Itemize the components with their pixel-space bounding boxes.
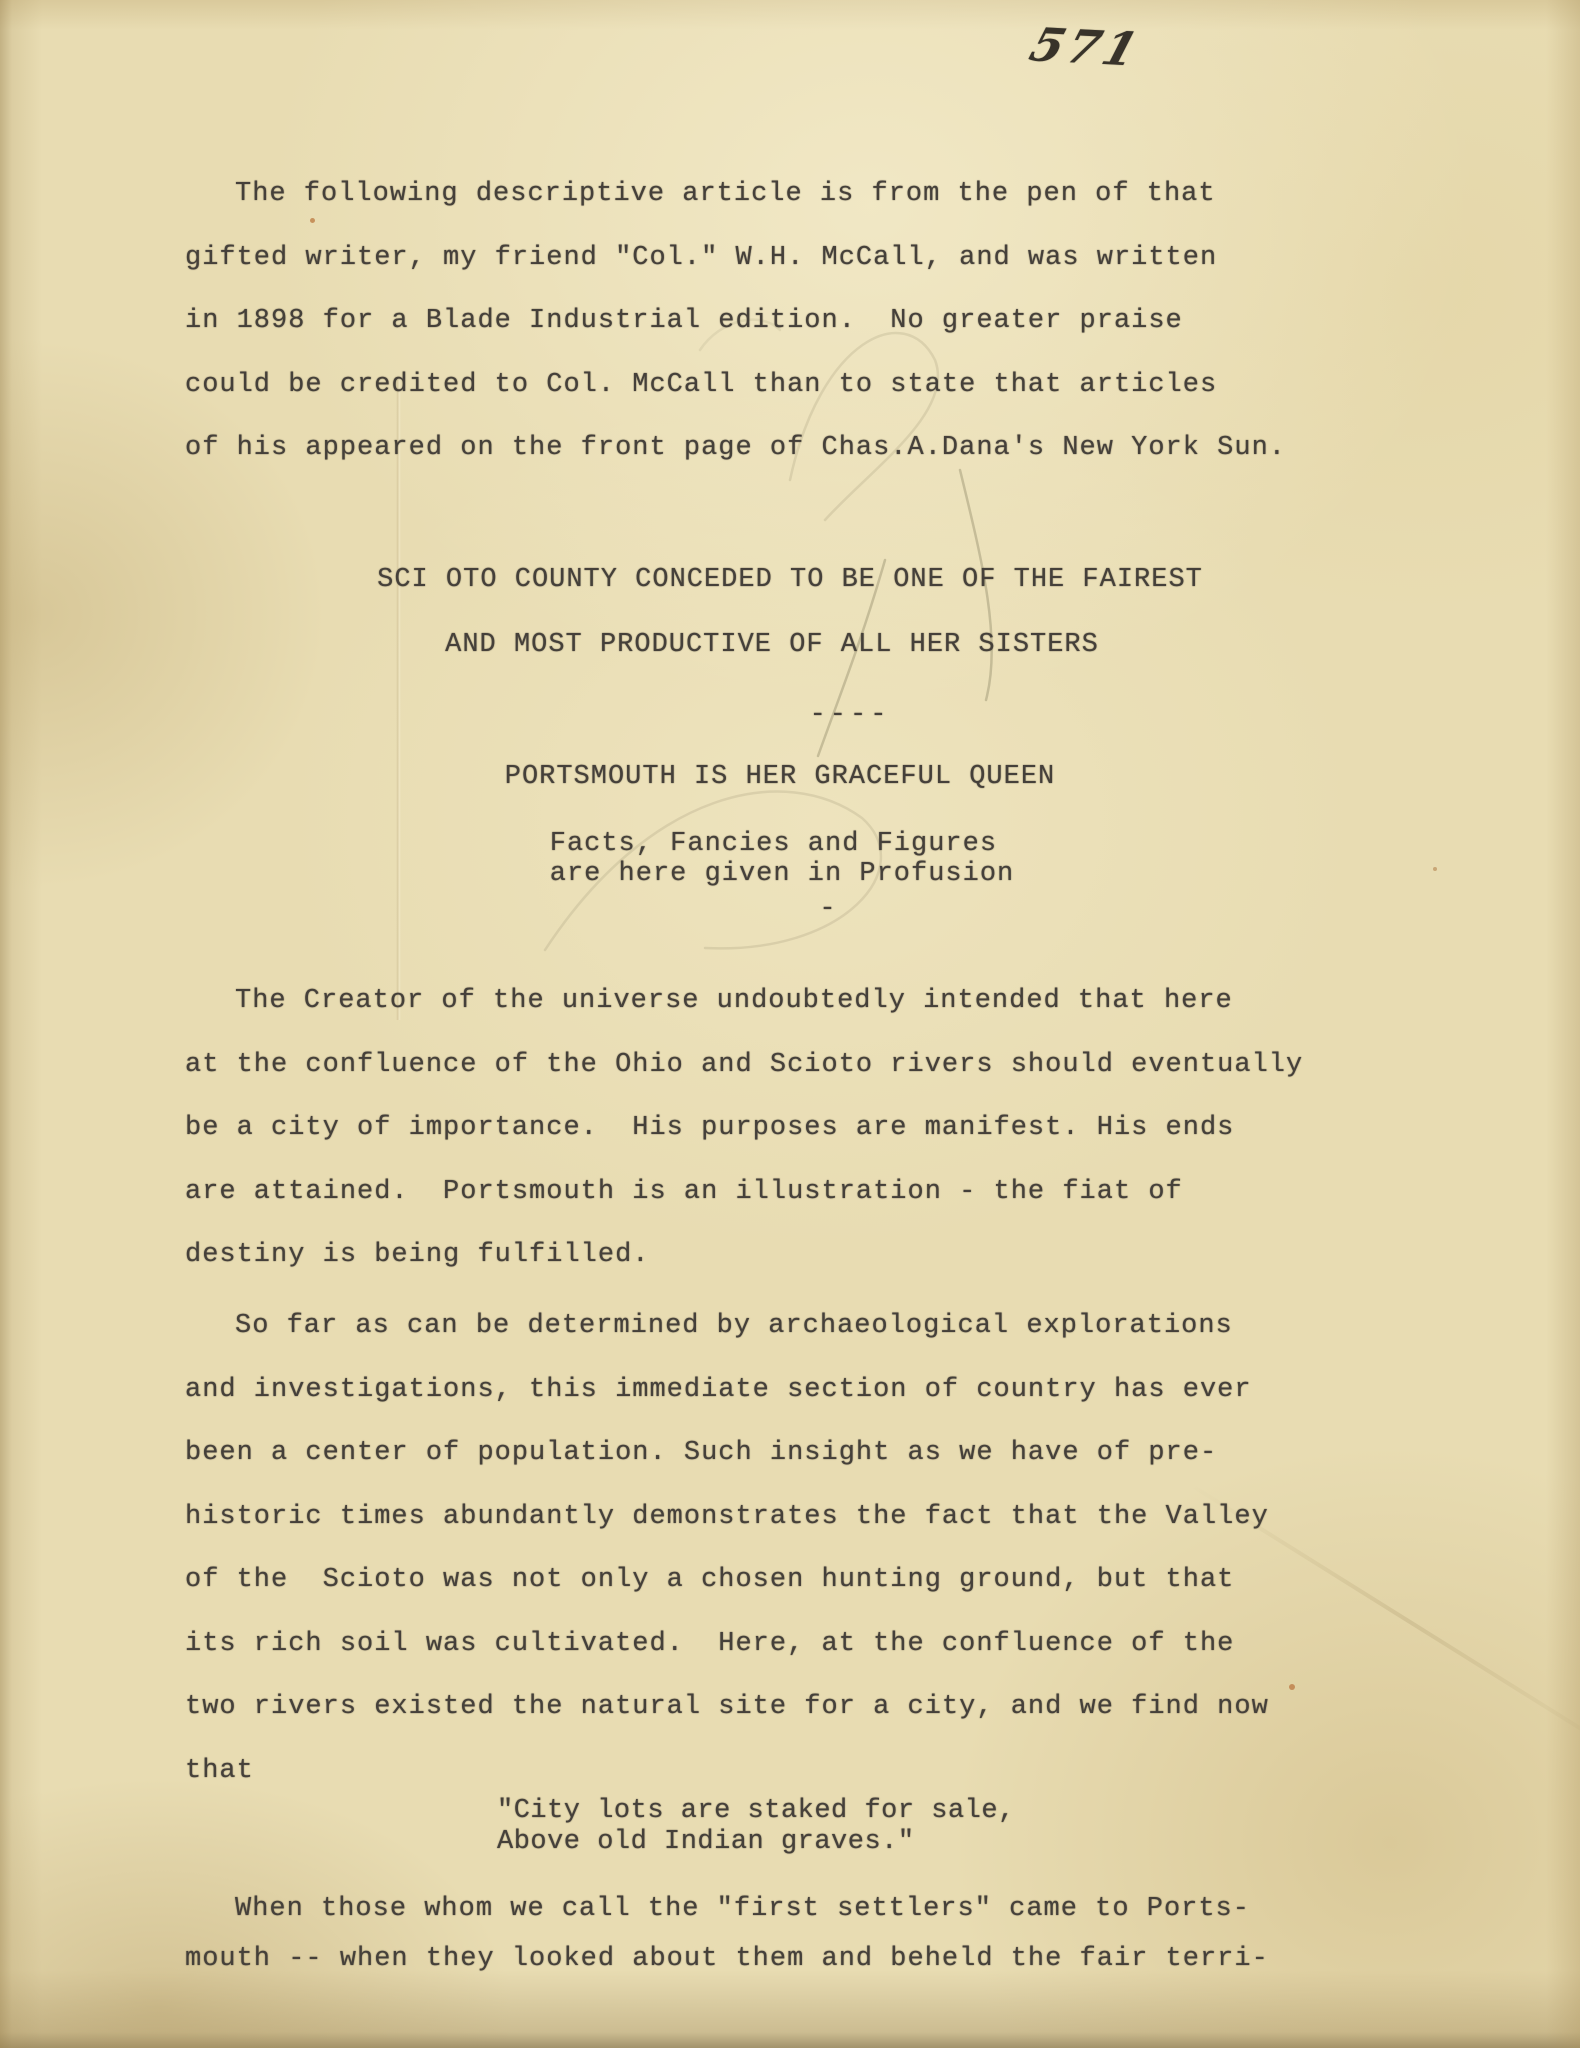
headline-line-3: PORTSMOUTH IS HER GRACEFUL QUEEN (0, 760, 1570, 794)
settlers-paragraph: When those whom we call the "first settl… (185, 1884, 1269, 1984)
text-line: that (185, 1740, 1269, 1804)
subtitle-line-1: Facts, Fancies and Figures (550, 829, 1014, 859)
text-line: historic times abundantly demonstrates t… (185, 1486, 1269, 1550)
headline-divider: ---- (60, 698, 1580, 732)
text-line: mouth -- when they looked about them and… (185, 1934, 1269, 1984)
text-line: "City lots are staked for sale, (497, 1796, 1015, 1827)
text-line: gifted writer, my friend "Col." W.H. McC… (185, 227, 1286, 291)
text-line: of his appeared on the front page of Cha… (185, 417, 1286, 481)
intro-paragraph: The following descriptive article is fro… (185, 163, 1286, 481)
headline-subtitle: Facts, Fancies and Figures are here give… (0, 829, 1580, 889)
text-line: So far as can be determined by archaeolo… (185, 1295, 1269, 1359)
text-line: The Creator of the universe undoubtedly … (185, 970, 1303, 1034)
text-line: Above old Indian graves." (497, 1827, 1015, 1858)
foxing-speck (1289, 1684, 1295, 1690)
text-line: in 1898 for a Blade Industrial edition. … (185, 290, 1286, 354)
text-line: of the Scioto was not only a chosen hunt… (185, 1549, 1269, 1613)
text-line: and investigations, this immediate secti… (185, 1359, 1269, 1423)
headline-subdivider: - (38, 892, 1580, 926)
text-line: are attained. Portsmouth is an illustrat… (185, 1161, 1303, 1225)
text-line: When those whom we call the "first settl… (185, 1884, 1269, 1934)
text-line: been a center of population. Such insigh… (185, 1422, 1269, 1486)
text-line: be a city of importance. His purposes ar… (185, 1097, 1303, 1161)
headline-line-2: AND MOST PRODUCTIVE OF ALL HER SISTERS (0, 628, 1562, 662)
subtitle-line-2: are here given in Profusion (550, 859, 1014, 889)
text-line: could be credited to Col. McCall than to… (185, 354, 1286, 418)
text-line: The following descriptive article is fro… (185, 163, 1286, 227)
archaeology-paragraph: So far as can be determined by archaeolo… (185, 1295, 1269, 1803)
handwritten-page-number: 571 (1024, 18, 1148, 77)
text-line: two rivers existed the natural site for … (185, 1676, 1269, 1740)
creator-paragraph: The Creator of the universe undoubtedly … (185, 970, 1303, 1288)
text-line: destiny is being fulfilled. (185, 1224, 1303, 1288)
headline-line-1: SCI OTO COUNTY CONCEDED TO BE ONE OF THE… (0, 563, 1580, 597)
text-line: at the confluence of the Ohio and Scioto… (185, 1034, 1303, 1098)
document-page: 571 The following descriptive article is… (0, 0, 1580, 2048)
verse-quote: "City lots are staked for sale,Above old… (497, 1796, 1015, 1858)
text-line: its rich soil was cultivated. Here, at t… (185, 1613, 1269, 1677)
